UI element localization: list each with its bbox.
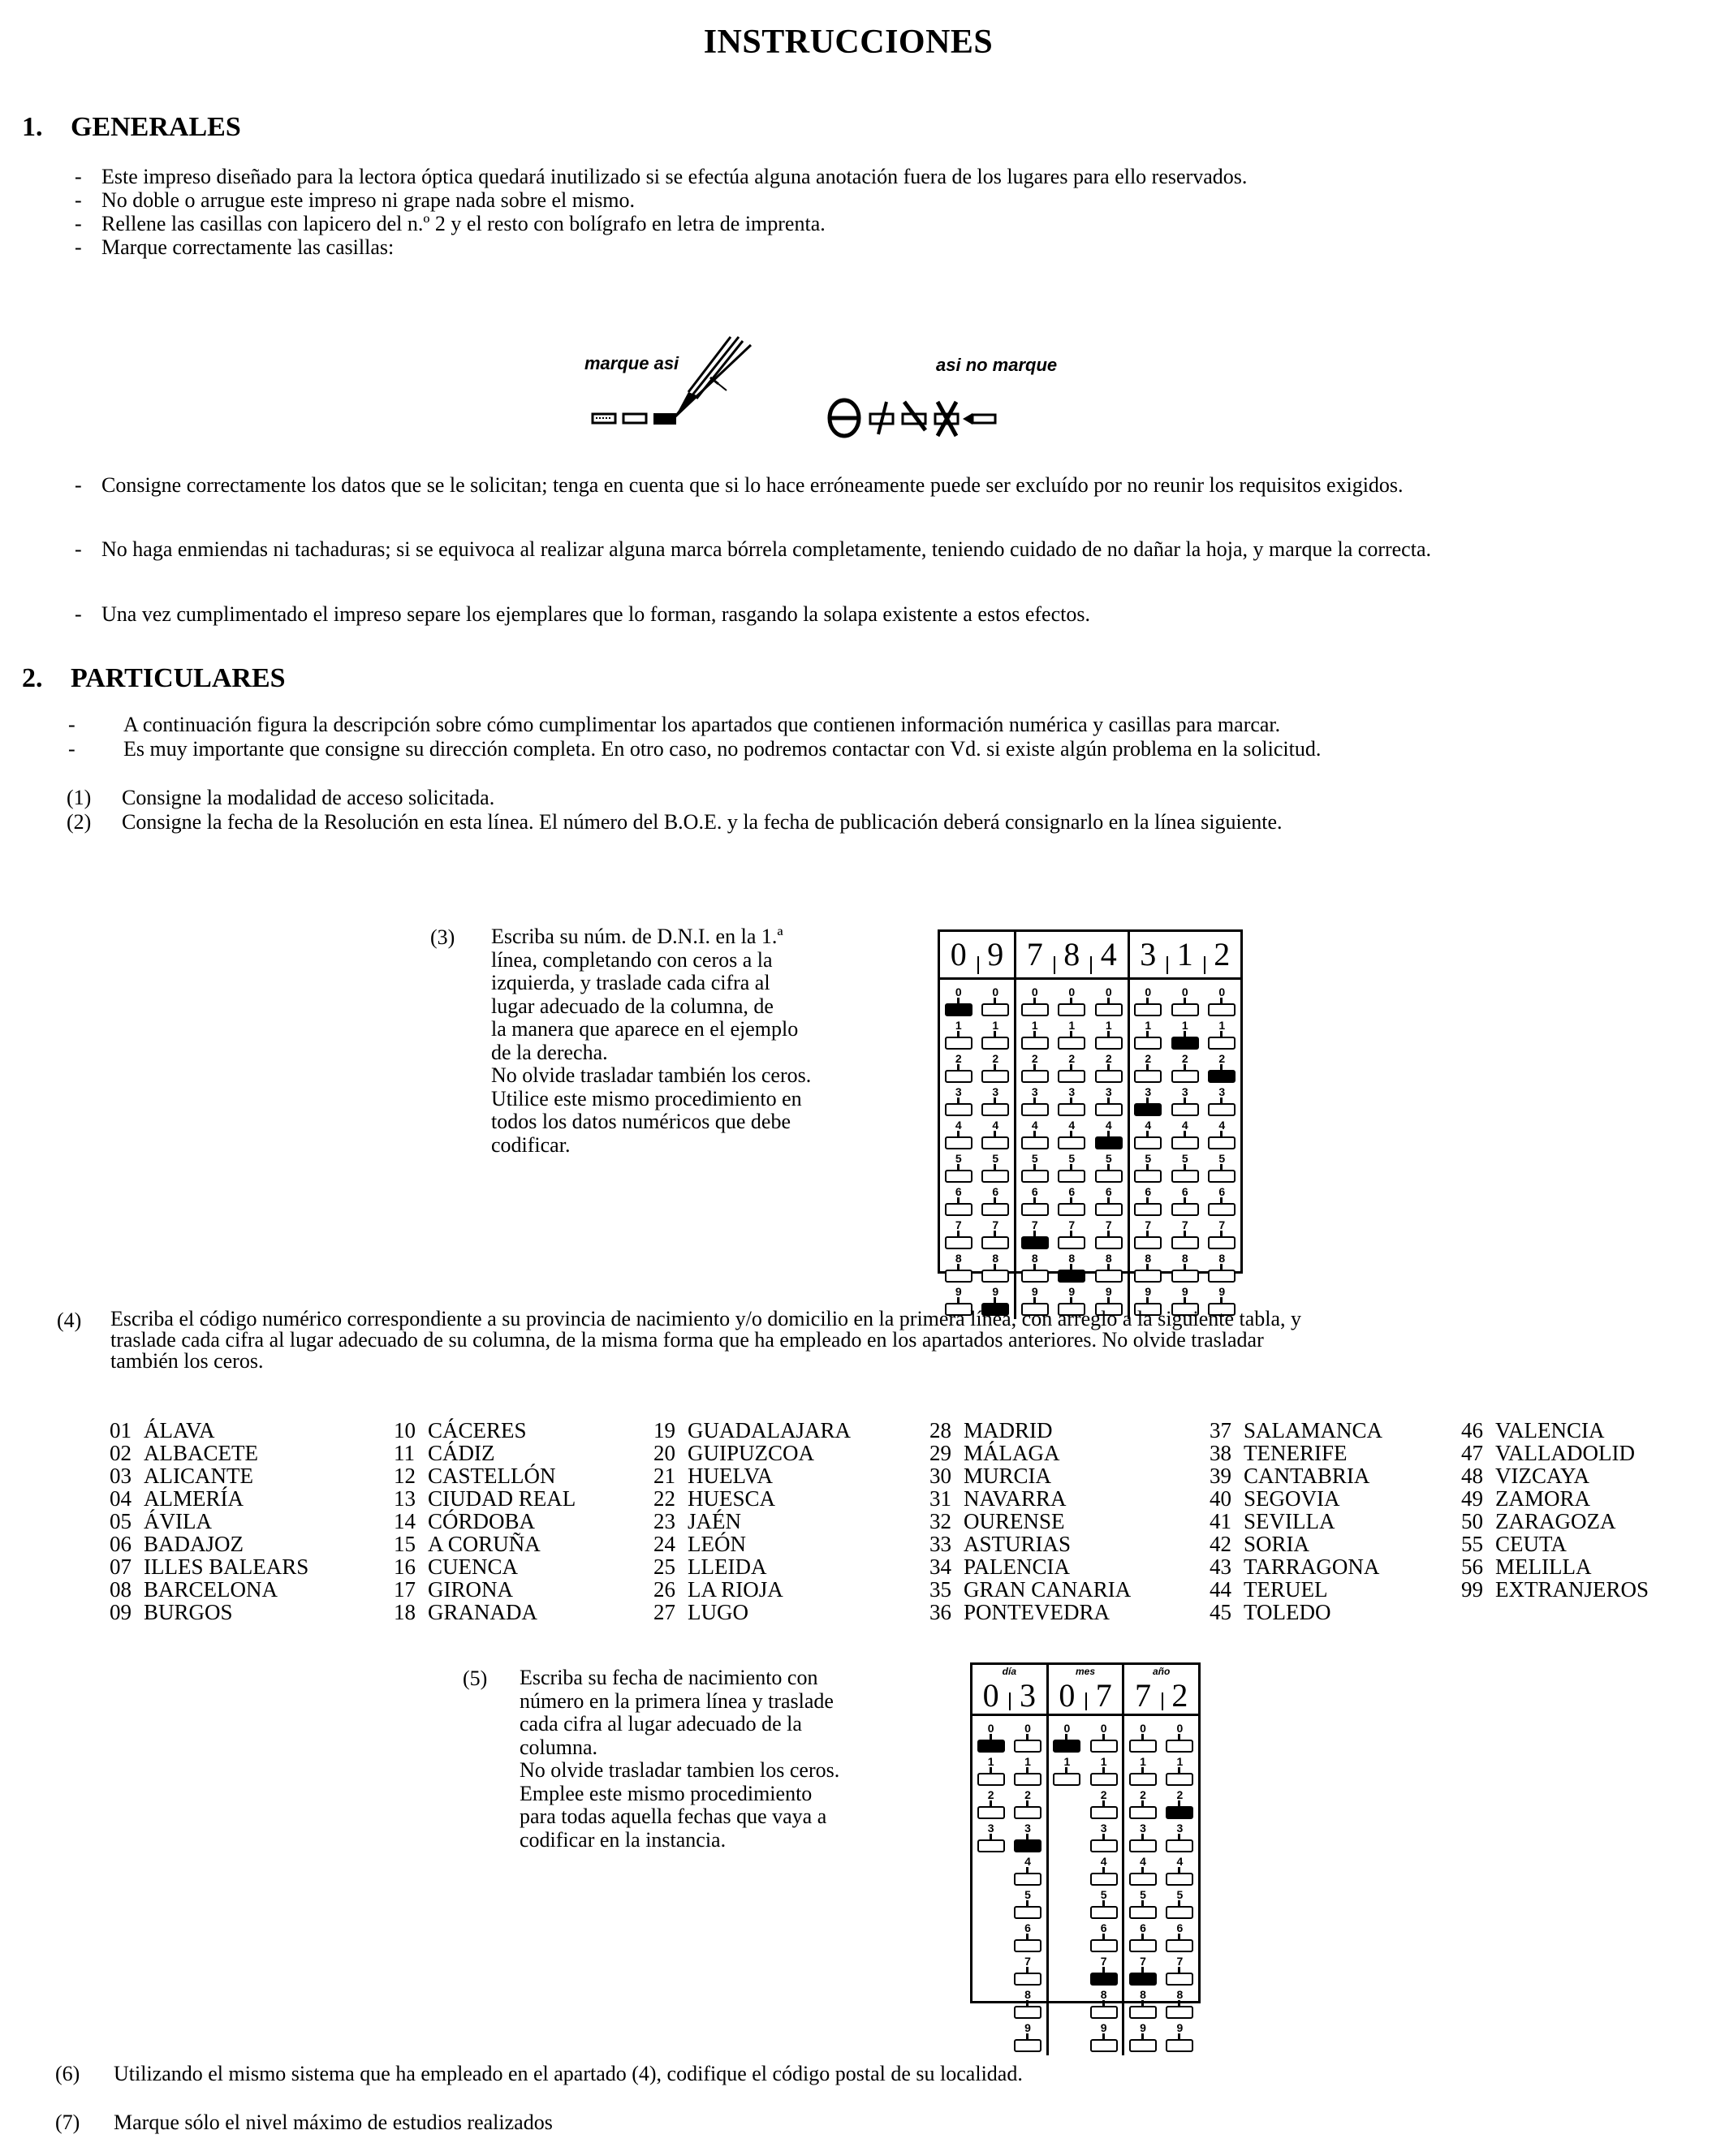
province-name: LEÓN bbox=[688, 1532, 746, 1556]
pencil-icon bbox=[568, 321, 1153, 442]
text-line: la manera que aparece en el ejemplo bbox=[491, 1018, 917, 1041]
province-row: 07ILLES BALEARS bbox=[110, 1555, 308, 1578]
filled-bubble: 7 bbox=[1128, 1955, 1158, 1986]
bubble: 7 bbox=[981, 1219, 1010, 1250]
bubble: 3 bbox=[944, 1086, 973, 1117]
bubble: 3 bbox=[1094, 1086, 1123, 1117]
bubble: 7 bbox=[1057, 1219, 1086, 1250]
text-line: Escriba su fecha de nacimiento con bbox=[520, 1667, 950, 1690]
bubble: 5 bbox=[1128, 1889, 1158, 1920]
province-name: TENERIFE bbox=[1244, 1441, 1348, 1465]
province-row: 36PONTEVEDRA bbox=[929, 1601, 1131, 1623]
bubble: 4 bbox=[1171, 1119, 1200, 1150]
province-name: MÁLAGA bbox=[964, 1441, 1060, 1465]
digit-column: 0123456789 bbox=[1049, 1716, 1085, 2055]
bubble: 7 bbox=[1013, 1955, 1042, 1986]
bubble: 2 bbox=[1020, 1053, 1050, 1084]
digit-column: 0123456789 bbox=[1054, 980, 1091, 1319]
bubble: 0 bbox=[1207, 986, 1236, 1017]
digit-cell: 7 bbox=[1124, 1678, 1161, 1714]
bubble: 1 bbox=[1094, 1020, 1123, 1050]
bubble: 3 bbox=[1207, 1086, 1236, 1117]
bubble: 2 bbox=[1133, 1053, 1162, 1084]
province-code: 20 bbox=[653, 1442, 688, 1464]
filled-bubble: 4 bbox=[1094, 1119, 1123, 1150]
digit-column: 0123456789 bbox=[977, 980, 1015, 1319]
digit-cell: 3 bbox=[1130, 932, 1167, 977]
province-row: 99EXTRANJEROS bbox=[1461, 1578, 1649, 1601]
province-row: 28MADRID bbox=[929, 1419, 1131, 1442]
bubble: 6 bbox=[1171, 1186, 1200, 1217]
province-row: 37SALAMANCA bbox=[1210, 1419, 1382, 1442]
filled-bubble: 2 bbox=[1165, 1789, 1194, 1820]
province-code: 03 bbox=[110, 1464, 144, 1487]
province-name: GIRONA bbox=[428, 1577, 513, 1602]
bubble: 4 bbox=[1057, 1119, 1086, 1150]
bubble: 1 bbox=[1133, 1020, 1162, 1050]
text-line: columna. bbox=[520, 1736, 950, 1760]
bubble: 1 bbox=[1013, 1756, 1042, 1787]
province-row: 24LEÓN bbox=[653, 1533, 851, 1555]
bubble: 0 bbox=[1013, 1723, 1042, 1753]
grid-header: 09784312 bbox=[940, 932, 1240, 980]
bubble: 3 bbox=[1089, 1822, 1119, 1853]
bubble: 2 bbox=[1013, 1789, 1042, 1820]
province-code: 02 bbox=[110, 1442, 144, 1464]
province-name: CIUDAD REAL bbox=[428, 1486, 576, 1511]
bubble: 0 bbox=[1128, 1723, 1158, 1753]
province-name: A CORUÑA bbox=[428, 1532, 541, 1556]
bubble: 7 bbox=[1133, 1219, 1162, 1250]
province-row: 34PALENCIA bbox=[929, 1555, 1131, 1578]
text-line: también los ceros. bbox=[110, 1351, 1697, 1372]
province-name: ÁVILA bbox=[144, 1509, 212, 1533]
bubble: 9 bbox=[1013, 2022, 1042, 2053]
list-item: - No haga enmiendas ni tachaduras; si se… bbox=[75, 537, 1690, 561]
province-name: ZAMORA bbox=[1495, 1486, 1590, 1511]
province-row: 22HUESCA bbox=[653, 1487, 851, 1510]
bubble: 6 bbox=[1020, 1186, 1050, 1217]
province-row: 45TOLEDO bbox=[1210, 1601, 1382, 1623]
province-name: CEUTA bbox=[1495, 1532, 1567, 1556]
bubble: 8 bbox=[1020, 1253, 1050, 1283]
province-name: CUENCA bbox=[428, 1554, 518, 1579]
section-number: 2. bbox=[22, 663, 43, 694]
province-code: 39 bbox=[1210, 1464, 1244, 1487]
digit-column: 0123456789 bbox=[1016, 980, 1054, 1319]
province-code: 21 bbox=[653, 1464, 688, 1487]
province-code: 09 bbox=[110, 1601, 144, 1623]
province-code: 01 bbox=[110, 1419, 144, 1442]
province-name: CÁDIZ bbox=[428, 1441, 495, 1465]
province-row: 27LUGO bbox=[653, 1601, 851, 1623]
province-code: 37 bbox=[1210, 1419, 1244, 1442]
province-row: 30MURCIA bbox=[929, 1464, 1131, 1487]
text-line: número en la primera línea y traslade bbox=[520, 1690, 950, 1714]
province-column: 10CÁCERES11CÁDIZ12CASTELLÓN13CIUDAD REAL… bbox=[394, 1419, 576, 1623]
province-row: 09BURGOS bbox=[110, 1601, 308, 1623]
bubble: 2 bbox=[1057, 1053, 1086, 1084]
digit-cell: 8 bbox=[1054, 932, 1091, 977]
province-row: 21HUELVA bbox=[653, 1464, 851, 1487]
bubble: 8 bbox=[1165, 1989, 1194, 2020]
bubble: 9 bbox=[1089, 2022, 1119, 2053]
province-name: ALBACETE bbox=[144, 1441, 258, 1465]
province-name: SEGOVIA bbox=[1244, 1486, 1340, 1511]
item-4-text: Escriba el código numérico correspondien… bbox=[110, 1309, 1697, 1372]
digit-cell: 4 bbox=[1090, 932, 1128, 977]
province-name: ALICANTE bbox=[144, 1464, 253, 1488]
text-line: No olvide trasladar tambien los ceros. bbox=[520, 1759, 950, 1783]
digit-column: 0123456789 bbox=[1162, 1716, 1198, 2055]
bubble: 6 bbox=[1128, 1922, 1158, 1953]
bubble: 7 bbox=[1165, 1955, 1194, 1986]
bubble: 0 bbox=[1020, 986, 1050, 1017]
province-row: 03ALICANTE bbox=[110, 1464, 308, 1487]
province-row: 29MÁLAGA bbox=[929, 1442, 1131, 1464]
province-code: 47 bbox=[1461, 1442, 1495, 1464]
province-row: 05ÁVILA bbox=[110, 1510, 308, 1533]
text-line: Escriba su núm. de D.N.I. en la 1.ª bbox=[491, 925, 917, 949]
bubble: 0 bbox=[1171, 986, 1200, 1017]
province-name: VIZCAYA bbox=[1495, 1464, 1589, 1488]
province-code: 99 bbox=[1461, 1578, 1495, 1601]
province-row: 26LA RIOJA bbox=[653, 1578, 851, 1601]
bubble: 7 bbox=[1207, 1219, 1236, 1250]
province-name: BURGOS bbox=[144, 1600, 233, 1624]
bubble: 5 bbox=[1207, 1153, 1236, 1184]
province-name: HUESCA bbox=[688, 1486, 775, 1511]
bubble: 2 bbox=[1089, 1789, 1119, 1820]
date-part-label: mes bbox=[1049, 1665, 1123, 1678]
province-name: LLEIDA bbox=[688, 1554, 766, 1579]
bubble: 3 bbox=[1165, 1822, 1194, 1853]
bubble: 0 bbox=[1133, 986, 1162, 1017]
bubble: 8 bbox=[1013, 1989, 1042, 2020]
digit-column: 0123456789 bbox=[1090, 980, 1128, 1319]
province-code: 28 bbox=[929, 1419, 964, 1442]
text-line: izquierda, y traslade cada cifra al bbox=[491, 972, 917, 995]
bubble: 4 bbox=[1207, 1119, 1236, 1150]
grid-header: día03mes07año72 bbox=[972, 1665, 1198, 1716]
bubble: 6 bbox=[1094, 1186, 1123, 1217]
item-5-text: Escriba su fecha de nacimiento connúmero… bbox=[520, 1667, 950, 1852]
province-row: 31NAVARRA bbox=[929, 1487, 1131, 1510]
bubble: 5 bbox=[1094, 1153, 1123, 1184]
province-name: GRAN CANARIA bbox=[964, 1577, 1131, 1602]
province-name: PALENCIA bbox=[964, 1554, 1070, 1579]
province-row: 33ASTURIAS bbox=[929, 1533, 1131, 1555]
item-4: (4) Escriba el código numérico correspon… bbox=[57, 1309, 1697, 1372]
province-row: 55CEUTA bbox=[1461, 1533, 1649, 1555]
province-name: TARRAGONA bbox=[1244, 1554, 1379, 1579]
bubble: 3 bbox=[1128, 1822, 1158, 1853]
province-row: 20GUIPUZCOA bbox=[653, 1442, 851, 1464]
province-row: 25LLEIDA bbox=[653, 1555, 851, 1578]
text-line: de la derecha. bbox=[491, 1041, 917, 1065]
province-column: 28MADRID29MÁLAGA30MURCIA31NAVARRA32OUREN… bbox=[929, 1419, 1131, 1623]
province-name: EXTRANJEROS bbox=[1495, 1577, 1649, 1602]
province-code: 43 bbox=[1210, 1555, 1244, 1578]
province-code: 07 bbox=[110, 1555, 144, 1578]
province-code: 23 bbox=[653, 1510, 688, 1533]
digit-column: 0123456789 bbox=[1204, 980, 1241, 1319]
bubble: 3 bbox=[1057, 1086, 1086, 1117]
province-column: 37SALAMANCA38TENERIFE39CANTABRIA40SEGOVI… bbox=[1210, 1419, 1382, 1623]
province-row: 44TERUEL bbox=[1210, 1578, 1382, 1601]
bubble: 1 bbox=[1089, 1756, 1119, 1787]
bubble: 4 bbox=[981, 1119, 1010, 1150]
province-row: 47VALLADOLID bbox=[1461, 1442, 1649, 1464]
province-row: 49ZAMORA bbox=[1461, 1487, 1649, 1510]
province-code: 10 bbox=[394, 1419, 428, 1442]
province-row: 43TARRAGONA bbox=[1210, 1555, 1382, 1578]
bubble: 3 bbox=[977, 1822, 1006, 1853]
bubble: 3 bbox=[1171, 1086, 1200, 1117]
province-row: 42SORIA bbox=[1210, 1533, 1382, 1555]
province-name: GUIPUZCOA bbox=[688, 1441, 814, 1465]
bubble: 0 bbox=[1165, 1723, 1194, 1753]
province-code: 56 bbox=[1461, 1555, 1495, 1578]
province-name: ASTURIAS bbox=[964, 1532, 1071, 1556]
province-code: 42 bbox=[1210, 1533, 1244, 1555]
digit-cell: 3 bbox=[1009, 1678, 1046, 1714]
item-3-text: Escriba su núm. de D.N.I. en la 1.ªlínea… bbox=[491, 925, 917, 1157]
province-name: LUGO bbox=[688, 1600, 748, 1624]
province-row: 06BADAJOZ bbox=[110, 1533, 308, 1555]
item-3: (3) Escriba su núm. de D.N.I. en la 1.ªl… bbox=[430, 925, 917, 1157]
bubble: 8 bbox=[944, 1253, 973, 1283]
bubble: 2 bbox=[944, 1053, 973, 1084]
province-code: 18 bbox=[394, 1601, 428, 1623]
province-code: 38 bbox=[1210, 1442, 1244, 1464]
province-row: 12CASTELLÓN bbox=[394, 1464, 576, 1487]
digit-column: 0123456789 bbox=[1085, 1716, 1122, 2055]
bubble: 2 bbox=[981, 1053, 1010, 1084]
province-name: SORIA bbox=[1244, 1532, 1309, 1556]
province-row: 10CÁCERES bbox=[394, 1419, 576, 1442]
section-title: GENERALES bbox=[71, 112, 241, 143]
province-code: 50 bbox=[1461, 1510, 1495, 1533]
digit-cell: 7 bbox=[1016, 932, 1054, 977]
province-row: 01ÁLAVA bbox=[110, 1419, 308, 1442]
bubble: 5 bbox=[1020, 1153, 1050, 1184]
bubble: 8 bbox=[1133, 1253, 1162, 1283]
bubble: 8 bbox=[1207, 1253, 1236, 1283]
province-row: 56MELILLA bbox=[1461, 1555, 1649, 1578]
bubble: 2 bbox=[1128, 1789, 1158, 1820]
bubble: 7 bbox=[1171, 1219, 1200, 1250]
province-code: 41 bbox=[1210, 1510, 1244, 1533]
province-row: 19GUADALAJARA bbox=[653, 1419, 851, 1442]
text-line: para todas aquella fechas que vaya a bbox=[520, 1805, 950, 1829]
bubble: 8 bbox=[1128, 1989, 1158, 2020]
province-name: VALLADOLID bbox=[1495, 1441, 1635, 1465]
bubble: 5 bbox=[1089, 1889, 1119, 1920]
province-name: ZARAGOZA bbox=[1495, 1509, 1616, 1533]
digit-cell: 7 bbox=[1085, 1678, 1122, 1714]
filled-bubble: 2 bbox=[1207, 1053, 1236, 1084]
province-code: 25 bbox=[653, 1555, 688, 1578]
bubble: 4 bbox=[1165, 1856, 1194, 1886]
bubble: 2 bbox=[1171, 1053, 1200, 1084]
province-code: 26 bbox=[653, 1578, 688, 1601]
bubble: 8 bbox=[1094, 1253, 1123, 1283]
province-code: 19 bbox=[653, 1419, 688, 1442]
bubble: 0 bbox=[1089, 1723, 1119, 1753]
bubble: 4 bbox=[944, 1119, 973, 1150]
text-line: codificar en la instancia. bbox=[520, 1829, 950, 1852]
digit-cell: 1 bbox=[1167, 932, 1204, 977]
bubble: 0 bbox=[1057, 986, 1086, 1017]
section-title: PARTICULARES bbox=[71, 663, 286, 694]
bubble: 0 bbox=[1094, 986, 1123, 1017]
province-name: JAÉN bbox=[688, 1509, 741, 1533]
province-code: 31 bbox=[929, 1487, 964, 1510]
text-line: Emplee este mismo procedimiento bbox=[520, 1783, 950, 1806]
bubble: 5 bbox=[1165, 1889, 1194, 1920]
birthdate-example-grid: día03mes07año720123456789012345678901234… bbox=[970, 1662, 1201, 2003]
province-code: 32 bbox=[929, 1510, 964, 1533]
province-code: 46 bbox=[1461, 1419, 1495, 1442]
province-column: 01ÁLAVA02ALBACETE03ALICANTE04ALMERÍA05ÁV… bbox=[110, 1419, 308, 1623]
bubble: 4 bbox=[1128, 1856, 1158, 1886]
filled-bubble: 3 bbox=[1013, 1822, 1042, 1853]
bubble: 6 bbox=[981, 1186, 1010, 1217]
list-item: - Consigne correctamente los datos que s… bbox=[75, 473, 1690, 497]
province-name: GUADALAJARA bbox=[688, 1418, 851, 1442]
province-row: 13CIUDAD REAL bbox=[394, 1487, 576, 1510]
province-name: MURCIA bbox=[964, 1464, 1051, 1488]
bubble: 1 bbox=[977, 1756, 1006, 1787]
province-code: 34 bbox=[929, 1555, 964, 1578]
date-part-label: día bbox=[972, 1665, 1046, 1678]
bubble: 6 bbox=[1057, 1186, 1086, 1217]
province-code: 14 bbox=[394, 1510, 428, 1533]
province-row: 40SEGOVIA bbox=[1210, 1487, 1382, 1510]
bubble: 9 bbox=[1165, 2022, 1194, 2053]
bubble: 7 bbox=[1094, 1219, 1123, 1250]
province-row: 04ALMERÍA bbox=[110, 1487, 308, 1510]
text-line: lugar adecuado de la columna, de bbox=[491, 995, 917, 1019]
province-name: CANTABRIA bbox=[1244, 1464, 1369, 1488]
province-code: 11 bbox=[394, 1442, 428, 1464]
bubble: 1 bbox=[1020, 1020, 1050, 1050]
province-row: 35GRAN CANARIA bbox=[929, 1578, 1131, 1601]
digit-column: 0123456789 bbox=[972, 1716, 1009, 2055]
bubble: 5 bbox=[1133, 1153, 1162, 1184]
digit-cell: 2 bbox=[1204, 932, 1241, 977]
province-code: 24 bbox=[653, 1533, 688, 1555]
province-code: 30 bbox=[929, 1464, 964, 1487]
digit-cell: 0 bbox=[1049, 1678, 1085, 1714]
province-row: 02ALBACETE bbox=[110, 1442, 308, 1464]
province-row: 41SEVILLA bbox=[1210, 1510, 1382, 1533]
bubble: 6 bbox=[1089, 1922, 1119, 1953]
bubble: 3 bbox=[1020, 1086, 1050, 1117]
province-column: 19GUADALAJARA20GUIPUZCOA21HUELVA22HUESCA… bbox=[653, 1419, 851, 1623]
province-name: LA RIOJA bbox=[688, 1577, 783, 1602]
filled-bubble: 0 bbox=[977, 1723, 1006, 1753]
filled-bubble: 0 bbox=[944, 986, 973, 1017]
province-code: 08 bbox=[110, 1578, 144, 1601]
bubble: 0 bbox=[981, 986, 1010, 1017]
bubble: 2 bbox=[1094, 1053, 1123, 1084]
bubble: 4 bbox=[1133, 1119, 1162, 1150]
province-code: 17 bbox=[394, 1578, 428, 1601]
bubble: 6 bbox=[1165, 1922, 1194, 1953]
province-code: 13 bbox=[394, 1487, 428, 1510]
province-code: 16 bbox=[394, 1555, 428, 1578]
bubble: 7 bbox=[944, 1219, 973, 1250]
filled-bubble: 0 bbox=[1052, 1723, 1081, 1753]
bubble: 8 bbox=[981, 1253, 1010, 1283]
province-row: 08BARCELONA bbox=[110, 1578, 308, 1601]
province-code: 33 bbox=[929, 1533, 964, 1555]
province-code: 36 bbox=[929, 1601, 964, 1623]
province-name: NAVARRA bbox=[964, 1486, 1067, 1511]
bubble: 6 bbox=[1207, 1186, 1236, 1217]
text-line: No olvide trasladar también los ceros. bbox=[491, 1064, 917, 1088]
bubble: 4 bbox=[1020, 1119, 1050, 1150]
text-line: traslade cada cifra al lugar adecuado de… bbox=[110, 1330, 1697, 1351]
bubble: 2 bbox=[977, 1789, 1006, 1820]
text-line: Utilice este mismo procedimiento en bbox=[491, 1088, 917, 1111]
province-code: 44 bbox=[1210, 1578, 1244, 1601]
text-line: cada cifra al lugar adecuado de la bbox=[520, 1713, 950, 1736]
province-code: 35 bbox=[929, 1578, 964, 1601]
dni-example-grid: 0978431201234567890123456789012345678901… bbox=[938, 929, 1243, 1274]
digit-column: 0123456789 bbox=[940, 980, 977, 1319]
bubble: 5 bbox=[1013, 1889, 1042, 1920]
bubble: 1 bbox=[1165, 1756, 1194, 1787]
province-name: MADRID bbox=[964, 1418, 1053, 1442]
province-code: 49 bbox=[1461, 1487, 1495, 1510]
bubble: 6 bbox=[1133, 1186, 1162, 1217]
province-row: 18GRANADA bbox=[394, 1601, 576, 1623]
province-code: 40 bbox=[1210, 1487, 1244, 1510]
province-code: 15 bbox=[394, 1533, 428, 1555]
province-name: ILLES BALEARS bbox=[144, 1554, 308, 1579]
bubble: 4 bbox=[1013, 1856, 1042, 1886]
province-column: 46VALENCIA47VALLADOLID48VIZCAYA49ZAMORA5… bbox=[1461, 1419, 1649, 1601]
digit-cell: 0 bbox=[972, 1678, 1009, 1714]
province-name: SALAMANCA bbox=[1244, 1418, 1382, 1442]
digit-cell: 9 bbox=[977, 932, 1015, 977]
province-row: 23JAÉN bbox=[653, 1510, 851, 1533]
page-title: INSTRUCCIONES bbox=[0, 23, 1697, 62]
bubble: 8 bbox=[1171, 1253, 1200, 1283]
digit-column: 0123456789 bbox=[1009, 1716, 1046, 2055]
province-row: 32OURENSE bbox=[929, 1510, 1131, 1533]
grid-body: 0123456789012345678901234567890123456789… bbox=[940, 980, 1240, 1319]
province-code: 04 bbox=[110, 1487, 144, 1510]
province-row: 39CANTABRIA bbox=[1210, 1464, 1382, 1487]
digit-column: 0123456789 bbox=[1167, 980, 1204, 1319]
province-row: 46VALENCIA bbox=[1461, 1419, 1649, 1442]
bubble: 1 bbox=[981, 1020, 1010, 1050]
province-name: CÓRDOBA bbox=[428, 1509, 535, 1533]
province-code: 12 bbox=[394, 1464, 428, 1487]
filled-bubble: 7 bbox=[1089, 1955, 1119, 1986]
text-line: Escriba el código numérico correspondien… bbox=[110, 1309, 1697, 1330]
province-code: 22 bbox=[653, 1487, 688, 1510]
province-row: 17GIRONA bbox=[394, 1578, 576, 1601]
province-row: 15A CORUÑA bbox=[394, 1533, 576, 1555]
province-code: 27 bbox=[653, 1601, 688, 1623]
province-code: 55 bbox=[1461, 1533, 1495, 1555]
bubble: 5 bbox=[981, 1153, 1010, 1184]
